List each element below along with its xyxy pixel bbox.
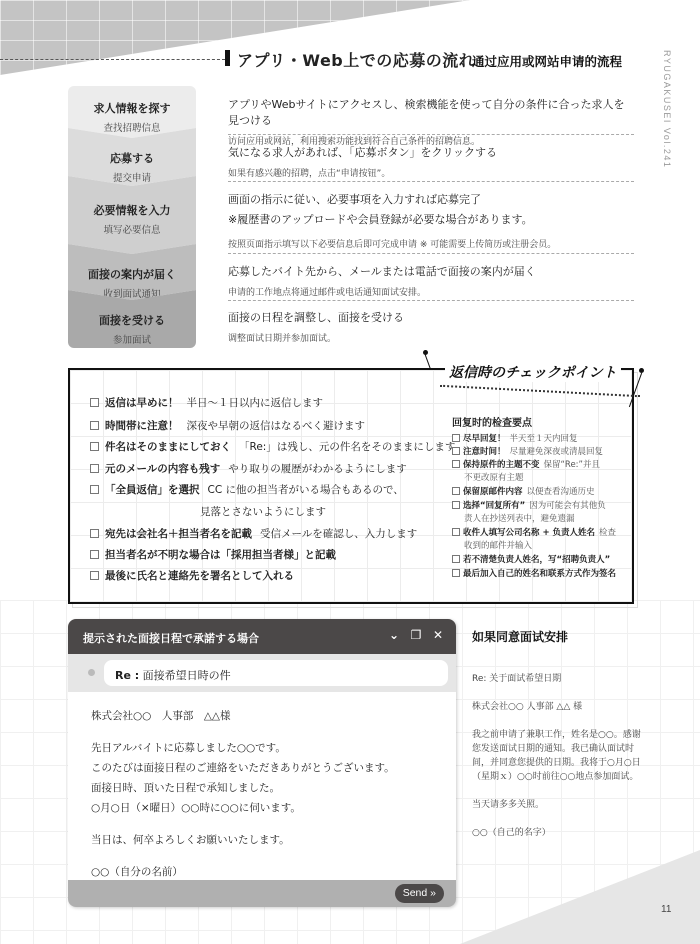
magazine-side-label: RYUGAKUSEI Vol.241 xyxy=(662,50,672,168)
checklist-item[interactable]: 件名はそのままにしておく「Re:」は残し、元の件名をそのままにします xyxy=(90,439,455,454)
cn-item-text: 半天至１天内回复 xyxy=(510,434,578,444)
checkbox[interactable] xyxy=(452,447,460,455)
pin-right xyxy=(639,368,644,373)
checklist-cn-item[interactable]: 最后加入自己的姓名和联系方式作为签名 xyxy=(452,568,620,581)
divider xyxy=(228,134,634,135)
send-button[interactable]: Send » xyxy=(395,884,444,903)
cn-item-heading: 注意时间！ xyxy=(463,447,506,457)
checkbox[interactable] xyxy=(90,571,99,580)
checklist-item[interactable]: 最後に氏名と連絡先を署名として入れる xyxy=(90,568,302,583)
cn-item-heading: 保留原邮件内容 xyxy=(463,487,523,497)
checkbox[interactable] xyxy=(90,550,99,559)
checklist-item[interactable]: 「全員返信」を選択CC に他の担当者がいる場合もあるので、 xyxy=(90,482,404,497)
step-description-2: 気になる求人があれば、「応募ボタン」をクリックする 如果有感兴趣的招聘，点击“申… xyxy=(228,145,634,179)
step-label-jp: 応募する xyxy=(68,150,196,166)
section-title-cn: 通过应用或网站申请的流程 xyxy=(472,52,622,70)
email-body-line: 面接日時、頂いた日程で承知しました。 xyxy=(91,781,395,795)
title-marker xyxy=(225,50,230,66)
description-cn: 调整面试日期并参加面试。 xyxy=(228,331,634,344)
checklist-item-text: 受信メールを確認し、入力します xyxy=(260,528,417,540)
subject-prefix: Re : xyxy=(115,669,139,682)
email-body-line: 当日は、何卒よろしくお願いいたします。 xyxy=(91,833,395,847)
checklist-item-text: やり取りの履歴がわかるようにします xyxy=(228,463,407,475)
close-icon[interactable]: ✕ xyxy=(432,628,444,642)
description-cn: 如果有感兴趣的招聘，点击“申请按钮”。 xyxy=(228,166,634,179)
checkbox[interactable] xyxy=(90,421,99,430)
checklist-item-heading: 宛先は会社名＋担当者名を記載 xyxy=(105,528,252,540)
checklist-item-heading: 元のメールの内容も残す xyxy=(105,463,220,475)
restore-window-icon[interactable]: ❐ xyxy=(410,628,422,642)
step-label-cn: 参加面试 xyxy=(68,332,196,346)
email-window: 提示された面接日程で承諾する場合 ⌄ ❐ ✕ Re : 面接希望日時の件 株式会… xyxy=(68,619,456,907)
email-body-line: 株式会社○○ 人事部 △△様 xyxy=(91,709,395,723)
step-description-4: 応募したバイト先から、メールまたは電話で面接の案内が届く 申请的工作地点将通过邮… xyxy=(228,264,634,298)
checklist-item-continuation: 見落とさないようにします xyxy=(200,504,326,519)
step-description-3: 画面の指示に従い、必要事項を入力すれば応募完了 ※履歴書のアップロードや会員登録… xyxy=(228,192,634,250)
step-label-jp: 面接の案内が届く xyxy=(68,266,196,282)
checklist-item[interactable]: 時間帯に注意！深夜や早朝の返信はなるべく避けます xyxy=(90,418,365,433)
checklist-cn-item[interactable]: 尽早回复！半天至１天内回复 xyxy=(452,433,578,446)
checkbox[interactable] xyxy=(452,460,460,468)
cn-item-text: 尽量避免深夜或清晨回复 xyxy=(510,447,604,457)
checkbox[interactable] xyxy=(452,501,460,509)
step-label-cn: 填写必要信息 xyxy=(68,222,196,236)
translation-line: 当天请多多关照。 xyxy=(472,798,642,812)
description-jp: 画面の指示に従い、必要事項を入力すれば応募完了 xyxy=(228,192,634,208)
chevron-down-icon[interactable]: ⌄ xyxy=(388,628,400,642)
section-title-jp: アプリ・Web上での応募の流れ xyxy=(237,48,475,71)
email-body[interactable]: 株式会社○○ 人事部 △△様 先日アルバイトに応募しました○○です。 このたびは… xyxy=(91,709,395,885)
status-dot-icon xyxy=(88,669,95,676)
subject-text: 面接希望日時の件 xyxy=(143,669,231,682)
translation-line: Re: 关于面试希望日期 xyxy=(472,672,642,686)
checklist-item-text: 深夜や早朝の返信はなるべく避けます xyxy=(187,420,366,432)
checkbox[interactable] xyxy=(90,398,99,407)
checklist-item-heading: 担当者名が不明な場合は「採用担当者様」と記載 xyxy=(105,549,336,561)
page-number: 11 xyxy=(661,904,671,915)
checkbox[interactable] xyxy=(90,464,99,473)
step-label-jp: 求人情報を探す xyxy=(68,100,196,116)
translation-title: 如果同意面试安排 xyxy=(472,628,568,645)
translation-body: Re: 关于面试希望日期 株式会社○○ 人事部 △△ 様 我之前申请了兼职工作，… xyxy=(472,672,642,848)
checklist-item-heading: 件名はそのままにしておく xyxy=(105,441,231,453)
email-body-line: このたびは面接日程のご連絡をいただきありがとうございます。 xyxy=(91,761,395,775)
email-window-title: 提示された面接日程で承諾する場合 xyxy=(83,630,259,646)
checkbox[interactable] xyxy=(90,529,99,538)
checklist-item-text: 半日～１日以内に返信します xyxy=(187,397,324,409)
description-jp: 気になる求人があれば、「応募ボタン」をクリックする xyxy=(228,145,634,161)
divider xyxy=(228,253,634,254)
email-window-titlebar: 提示された面接日程で承諾する場合 ⌄ ❐ ✕ xyxy=(68,619,456,654)
checkbox[interactable] xyxy=(90,442,99,451)
checklist-item-heading: 「全員返信」を選択 xyxy=(105,484,200,496)
checklist-item[interactable]: 宛先は会社名＋担当者名を記載受信メールを確認し、入力します xyxy=(90,526,417,541)
flow-step-3: 必要情報を入力 填写必要信息 xyxy=(68,176,196,254)
description-cn: 按照页面指示填写以下必要信息后即可完成申请 ※ 可能需要上传简历或注册会员。 xyxy=(228,237,634,250)
checklist-item-text: CC に他の担当者がいる場合もあるので、 xyxy=(208,484,404,496)
window-controls: ⌄ ❐ ✕ xyxy=(388,628,444,642)
description-jp: 応募したバイト先から、メールまたは電話で面接の案内が届く xyxy=(228,264,634,280)
description-jp-note: ※履歴書のアップロードや会員登録が必要な場合があります。 xyxy=(228,212,634,228)
description-jp: アプリやWebサイトにアクセスし、検索機能を使って自分の条件に合った求人を見つけ… xyxy=(228,97,634,129)
description-cn: 申请的工作地点将通过邮件或电话通知面试安排。 xyxy=(228,285,634,298)
translation-line: ○○（自己的名字） xyxy=(472,826,642,840)
checkbox[interactable] xyxy=(452,434,460,442)
cn-item-heading: 若不清楚负责人姓名，写“招聘负责人” xyxy=(463,555,610,565)
checklist-item-heading: 時間帯に注意！ xyxy=(105,420,179,432)
checklist-item-text: 見落とさないようにします xyxy=(200,506,326,518)
application-flow-steps: 求人情報を探す 查找招聘信息 応募する 提交申请 必要情報を入力 填写必要信息 … xyxy=(68,86,196,348)
checklist-cn-item[interactable]: 选择“回复所有”因为可能会有其他负 责人在抄送列表中，避免遗漏 xyxy=(452,500,606,526)
cn-item-text: 检查 xyxy=(599,528,616,538)
cn-item-text-cont: 不更改原有主题 xyxy=(452,472,600,485)
cn-item-text: 因为可能会有其他负 xyxy=(529,501,606,511)
step-description-1: アプリやWebサイトにアクセスし、検索機能を使って自分の条件に合った求人を見つけ… xyxy=(228,97,634,147)
divider xyxy=(228,181,634,182)
cn-item-heading: 选择“回复所有” xyxy=(463,501,525,511)
cn-item-text-cont: 收到的邮件并输入 xyxy=(452,540,616,553)
cn-item-text-cont: 责人在抄送列表中，避免遗漏 xyxy=(452,513,606,526)
checklist-cn-item[interactable]: 注意时间！尽量避免深夜或清晨回复 xyxy=(452,446,603,459)
cn-item-heading: 保持原件的主题不变 xyxy=(463,460,540,470)
checklist-cn-item[interactable]: 若不清楚负责人姓名，写“招聘负责人” xyxy=(452,554,614,567)
checklist-cn-item[interactable]: 保留原邮件内容以便查看沟通历史 xyxy=(452,486,595,499)
header-dashed-line xyxy=(0,59,225,60)
pin-left xyxy=(423,350,428,355)
cn-item-heading: 收件人填写公司名称 + 负责人姓名 xyxy=(463,528,595,538)
page-corner-shade xyxy=(460,850,700,944)
checklist-title: 返信時のチェックポイント xyxy=(445,362,621,382)
cn-item-text: 保留“Re:”并且 xyxy=(544,460,600,470)
step-label-jp: 必要情報を入力 xyxy=(68,202,196,218)
cn-item-heading: 尽早回复！ xyxy=(463,434,506,444)
checkbox[interactable] xyxy=(452,569,460,577)
description-jp: 面接の日程を調整し、面接を受ける xyxy=(228,310,634,326)
checkbox[interactable] xyxy=(452,528,460,536)
checklist-item[interactable]: 元のメールの内容も残すやり取りの履歴がわかるようにします xyxy=(90,461,407,476)
divider xyxy=(228,300,634,301)
checklist-cn-item[interactable]: 保持原件的主题不变保留“Re:”并且 不更改原有主题 xyxy=(452,459,600,485)
translation-line: 株式会社○○ 人事部 △△ 様 xyxy=(472,700,642,714)
checkbox[interactable] xyxy=(452,555,460,563)
checklist-item[interactable]: 返信は早めに！半日～１日以内に返信します xyxy=(90,395,323,410)
checklist-item-heading: 返信は早めに！ xyxy=(105,397,179,409)
checklist-item-text: 「Re:」は残し、元の件名をそのままにします xyxy=(239,441,455,453)
cn-item-text: 以便查看沟通历史 xyxy=(527,487,595,497)
email-subject-field[interactable]: Re : 面接希望日時の件 xyxy=(104,660,448,686)
checkbox[interactable] xyxy=(452,487,460,495)
translation-line: 我之前申请了兼职工作，姓名是○○。感谢您发送面试日期的通知。我已确认面试时间，并… xyxy=(472,728,642,784)
email-body-line: ○月○日（×曜日）○○時に○○に伺います。 xyxy=(91,801,395,815)
cn-item-heading: 最后加入自己的姓名和联系方式作为签名 xyxy=(463,569,616,579)
checklist-item-heading: 最後に氏名と連絡先を署名として入れる xyxy=(105,570,294,582)
email-body-line: 先日アルバイトに応募しました○○です。 xyxy=(91,741,395,755)
checklist-cn-item[interactable]: 收件人填写公司名称 + 负责人姓名检查 收到的邮件并输入 xyxy=(452,527,616,553)
step-description-5: 面接の日程を調整し、面接を受ける 调整面试日期并参加面试。 xyxy=(228,310,634,344)
checkbox[interactable] xyxy=(90,485,99,494)
email-footer-bar: Send » xyxy=(68,880,456,907)
email-body-line: ○○（自分の名前） xyxy=(91,865,395,879)
checklist-item[interactable]: 担当者名が不明な場合は「採用担当者様」と記載 xyxy=(90,547,344,562)
checklist-cn-title: 回复时的检查要点 xyxy=(452,414,532,429)
flow-step-1: 求人情報を探す 查找招聘信息 xyxy=(68,86,196,138)
step-label-jp: 面接を受ける xyxy=(68,312,196,328)
email-subject-row: Re : 面接希望日時の件 xyxy=(68,654,456,692)
